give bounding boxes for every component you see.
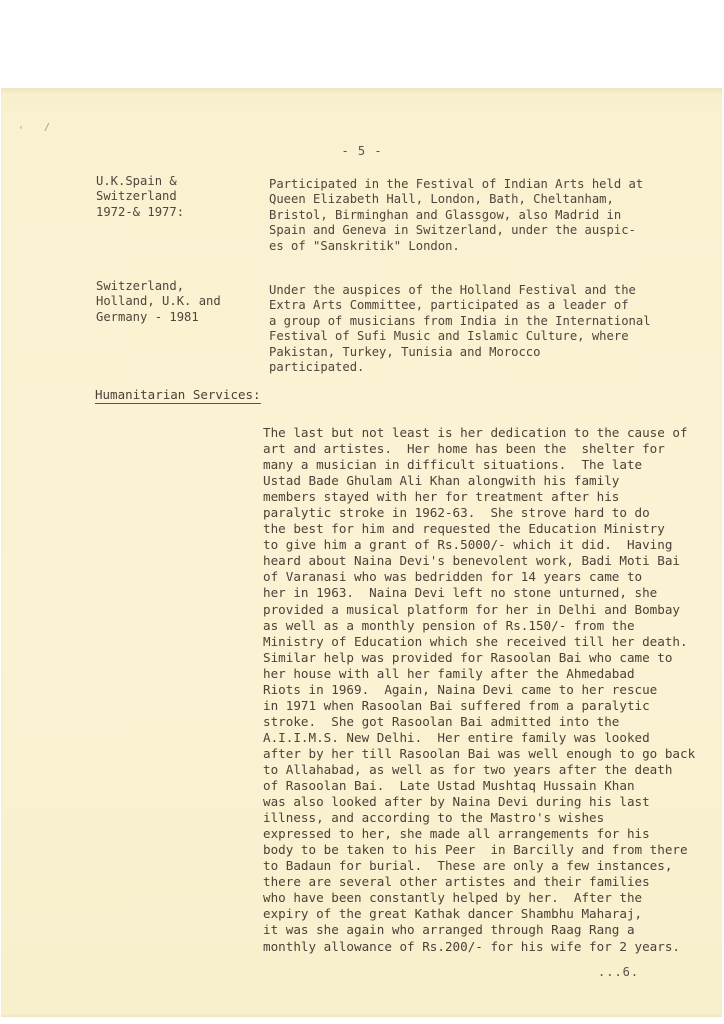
page-number: - 5 -: [0, 144, 724, 158]
humanitarian-paragraph: The last but not least is her dedication…: [263, 425, 695, 955]
continuation-marker: ...6.: [598, 965, 639, 979]
entry-1-text: Participated in the Festival of Indian A…: [269, 177, 643, 254]
entry-2-label: Switzerland, Holland, U.K. and Germany -…: [96, 279, 221, 325]
entry-2-text: Under the auspices of the Holland Festiv…: [269, 283, 651, 375]
section-heading-humanitarian-services: Humanitarian Services:: [95, 387, 261, 404]
scan-mark: /: [44, 122, 50, 133]
scan-mark: ': [18, 125, 24, 136]
entry-1-label: U.K.Spain & Switzerland 1972-& 1977:: [96, 174, 184, 220]
